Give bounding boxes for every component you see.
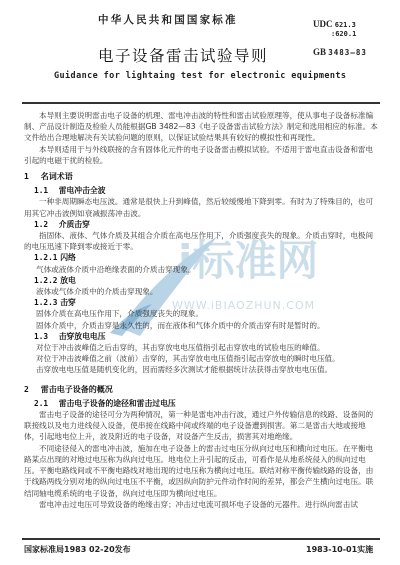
effective-date: 1983-10-01实施 xyxy=(306,544,373,555)
section-heading: 2 雷击电子设备的概况 xyxy=(24,384,380,395)
subsection-paragraph: 雷击电子设备的途径可分为两种情况，第一种是雷电冲击行波，通过户外传输信息的线路、… xyxy=(24,409,380,443)
subsection-heading: 1.2 介质击穿 xyxy=(24,219,380,230)
subsection-paragraph: 雷电冲击过电压可导致设备的绝缘击穿；冲击过电流可损坏电子设备的元器件。进行纵向雷… xyxy=(24,499,380,510)
udc-line2: :620.1 xyxy=(313,30,356,39)
subsection-paragraph: 固体介质中，介质击穿是永久性的，而在液体和气体介质中的介质击穿有时是暂时的。 xyxy=(24,320,380,331)
subsection-paragraph: 击穿放电电压值是随机变化的，因而需经多次测试才能根据统计法获得击穿放电电压值。 xyxy=(24,364,380,375)
subsection-heading: 1.2.3 击穿 xyxy=(24,297,380,308)
gb-number-value: 3483—83 xyxy=(328,48,367,57)
subsection-heading: 1.1 雷电冲击全波 xyxy=(24,185,380,196)
gb-number: GB 3483—83 xyxy=(313,47,367,57)
subsection-paragraph: 指固体、液体、气体介质及其组合介质在高电压作用下，介质强度丧失的现象。介质击穿时… xyxy=(24,230,380,252)
subsection-heading: 2.1 雷击电子设备的途径和雷击过电压 xyxy=(24,398,380,409)
header-divider xyxy=(22,102,380,104)
subsection-paragraph: 对位于冲击波峰值之前（波前）击穿的，其击穿放电电压值指引起击穿放电的瞬时电压值。 xyxy=(24,353,380,364)
standard-org-heading: 中华人民共和国国家标准 xyxy=(98,12,238,27)
subsection-heading: 1.2.2 放电 xyxy=(24,275,380,286)
document-title-en: Guidance for lightaing test for electron… xyxy=(54,71,346,81)
subsection-paragraph: 固体介质在高电压作用下，介质强度丧失的现象。 xyxy=(24,308,380,319)
intro-paragraph-1: 本导则主要说明雷击电子设备的机理、雷电冲击波的特性和雷击试验原理等，使从事电子设… xyxy=(24,110,380,144)
subsection-paragraph: 液体或气体介质中的介质击穿现象。 xyxy=(24,286,380,297)
issue-date: 国家标准局1983 02-20发布 xyxy=(24,544,131,555)
udc-code: UDC 621.3 :620.1 xyxy=(313,20,356,39)
subsection-paragraph: 对位于冲击波峰值之后击穿的，其击穿放电电压值指引起击穿放电的试验电压的峰值。 xyxy=(24,342,380,353)
gb-label: GB xyxy=(313,47,326,57)
subsection-paragraph: 不同途径侵入的雷电冲击波，施加在电子设备上的雷击过电压分纵向过电压和横向过电压。… xyxy=(24,443,380,499)
udc-line1: 621.3 xyxy=(335,21,356,29)
subsection-paragraph: 一种非周期瞬态电压波。通常是很快上升到峰值，然后较缓慢地下降到零。有时为了特殊目… xyxy=(24,196,380,218)
intro-paragraph-2: 本导则适用于与外线联接的含有固体化元件的电子设备雷击模拟试验。不适用于雷电直击设… xyxy=(24,144,380,166)
document-title-cn: 电子设备雷击试验导则 xyxy=(98,44,268,66)
subsection-paragraph: 气体或液体介质中沿绝缘表面的介质击穿现象。 xyxy=(24,264,380,275)
footer-divider xyxy=(22,538,380,540)
document-body: 本导则主要说明雷击电子设备的机理、雷电冲击波的特性和雷击试验原理等，使从事电子设… xyxy=(24,110,380,510)
section-heading: 1 名词术语 xyxy=(24,171,380,182)
subsection-heading: 1.2.1 闪络 xyxy=(24,252,380,263)
subsection-heading: 1.3 击穿放电电压 xyxy=(24,331,380,342)
udc-label: UDC xyxy=(313,19,333,29)
